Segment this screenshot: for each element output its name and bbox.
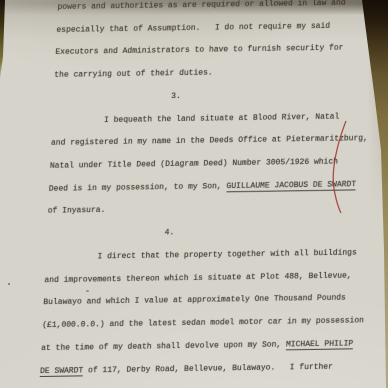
line-text: powers and authorities as are required o… (57, 0, 345, 12)
ink-speck (86, 290, 89, 292)
line-text: 3. (171, 92, 181, 101)
line-text: especially that of Assumption. I do not … (56, 22, 330, 35)
line-text: Deed is in my possession, to my Son, (49, 182, 227, 194)
underlined-name: DE SWARDT (40, 366, 84, 377)
underlined-name: MICHAEL PHILIP (286, 339, 354, 351)
ink-speck (8, 283, 10, 285)
line-text: I bequeath the land situate at Blood Riv… (104, 112, 340, 125)
line-text: and improvements thereon which is situat… (44, 271, 352, 285)
page-edge-left (0, 0, 7, 82)
document-photo: powers and authorities as are required o… (0, 0, 388, 388)
line-text: Natal under Title Deed (Diagram Deed) Nu… (50, 158, 338, 171)
line-text: Bulawayo and which I value at approximat… (43, 294, 346, 308)
line-text: 4. (164, 228, 174, 237)
line-text: of Inyasura. (47, 207, 105, 217)
underlined-name: GUILLAUME JACOBUS DE SWARDT (226, 180, 356, 192)
line-text: the carrying out of their duties. (54, 69, 213, 80)
line-text: I direct that the property together with… (97, 248, 357, 261)
document-line: DE SWARDT of 117, Derby Road, Bellevue, … (39, 355, 380, 383)
line-text: (£1,000.0.0.) and the latest sedan model… (42, 316, 364, 330)
line-text: of 117, Derby Road, Bellevue, Bulawayo. … (83, 362, 333, 375)
document-text: powers and authorities as are required o… (39, 0, 388, 383)
line-text: at the time of my death shall devolve up… (41, 340, 286, 353)
line-text: and registered in my name in the Deeds O… (51, 135, 368, 149)
line-text: Executors and Administrators to have to … (55, 44, 343, 57)
